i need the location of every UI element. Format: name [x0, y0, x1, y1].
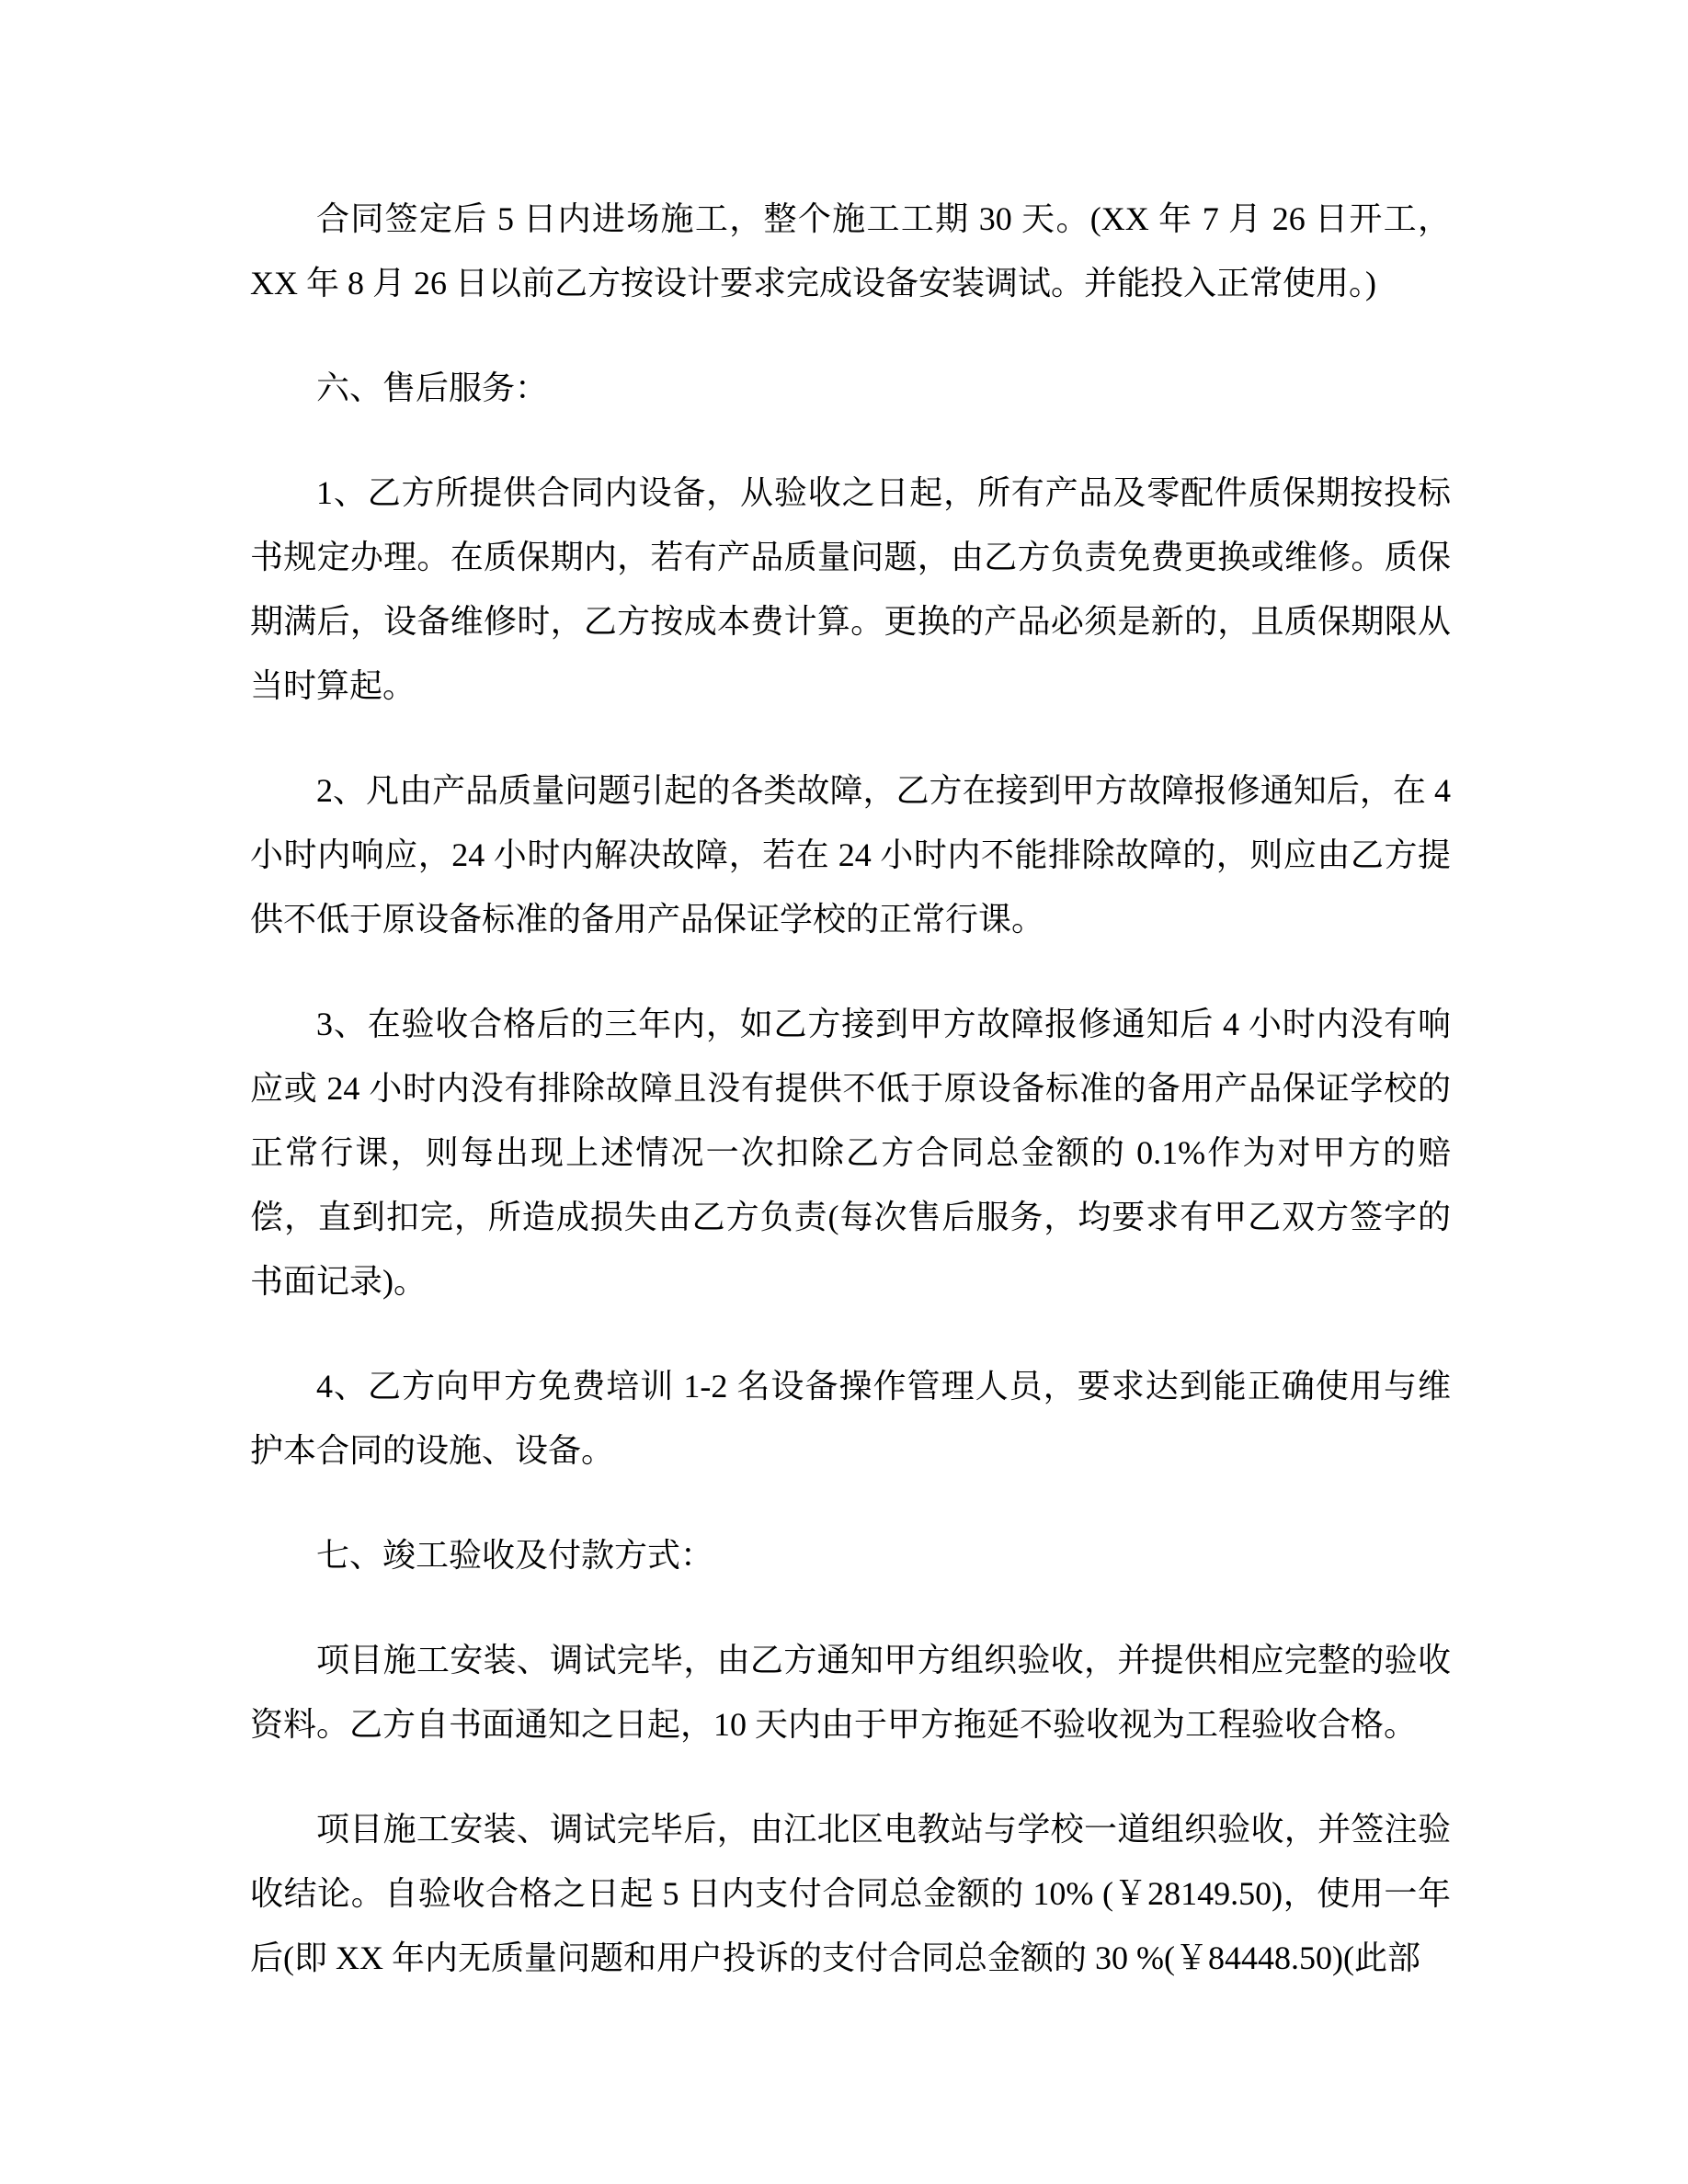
- section-heading-acceptance-payment: 七、竣工验收及付款方式：: [250, 1523, 1451, 1587]
- section-heading-after-sales-service: 六、售后服务：: [250, 356, 1451, 420]
- contract-document-page: 合同签定后 5 日内进场施工，整个施工工期 30 天。(XX 年 7 月 26 …: [0, 0, 1688, 2184]
- clause-4-training: 4、乙方向甲方免费培训 1-2 名设备操作管理人员，要求达到能正确使用与维护本合…: [250, 1354, 1451, 1483]
- clause-2-fault-response: 2、凡由产品质量问题引起的各类故障，乙方在接到甲方故障报修通知后，在 4 小时内…: [250, 758, 1451, 951]
- paragraph-payment-terms: 项目施工安装、调试完毕后，由江北区电教站与学校一道组织验收，并签注验收结论。自验…: [250, 1797, 1451, 1990]
- paragraph-acceptance-notice: 项目施工安装、调试完毕，由乙方通知甲方组织验收，并提供相应完整的验收资料。乙方自…: [250, 1628, 1451, 1757]
- clause-1-warranty-terms: 1、乙方所提供合同内设备，从验收之日起，所有产品及零配件质保期按投标书规定办理。…: [250, 461, 1451, 718]
- paragraph-construction-schedule: 合同签定后 5 日内进场施工，整个施工工期 30 天。(XX 年 7 月 26 …: [250, 187, 1451, 315]
- clause-3-compensation: 3、在验收合格后的三年内，如乙方接到甲方故障报修通知后 4 小时内没有响应或 2…: [250, 992, 1451, 1314]
